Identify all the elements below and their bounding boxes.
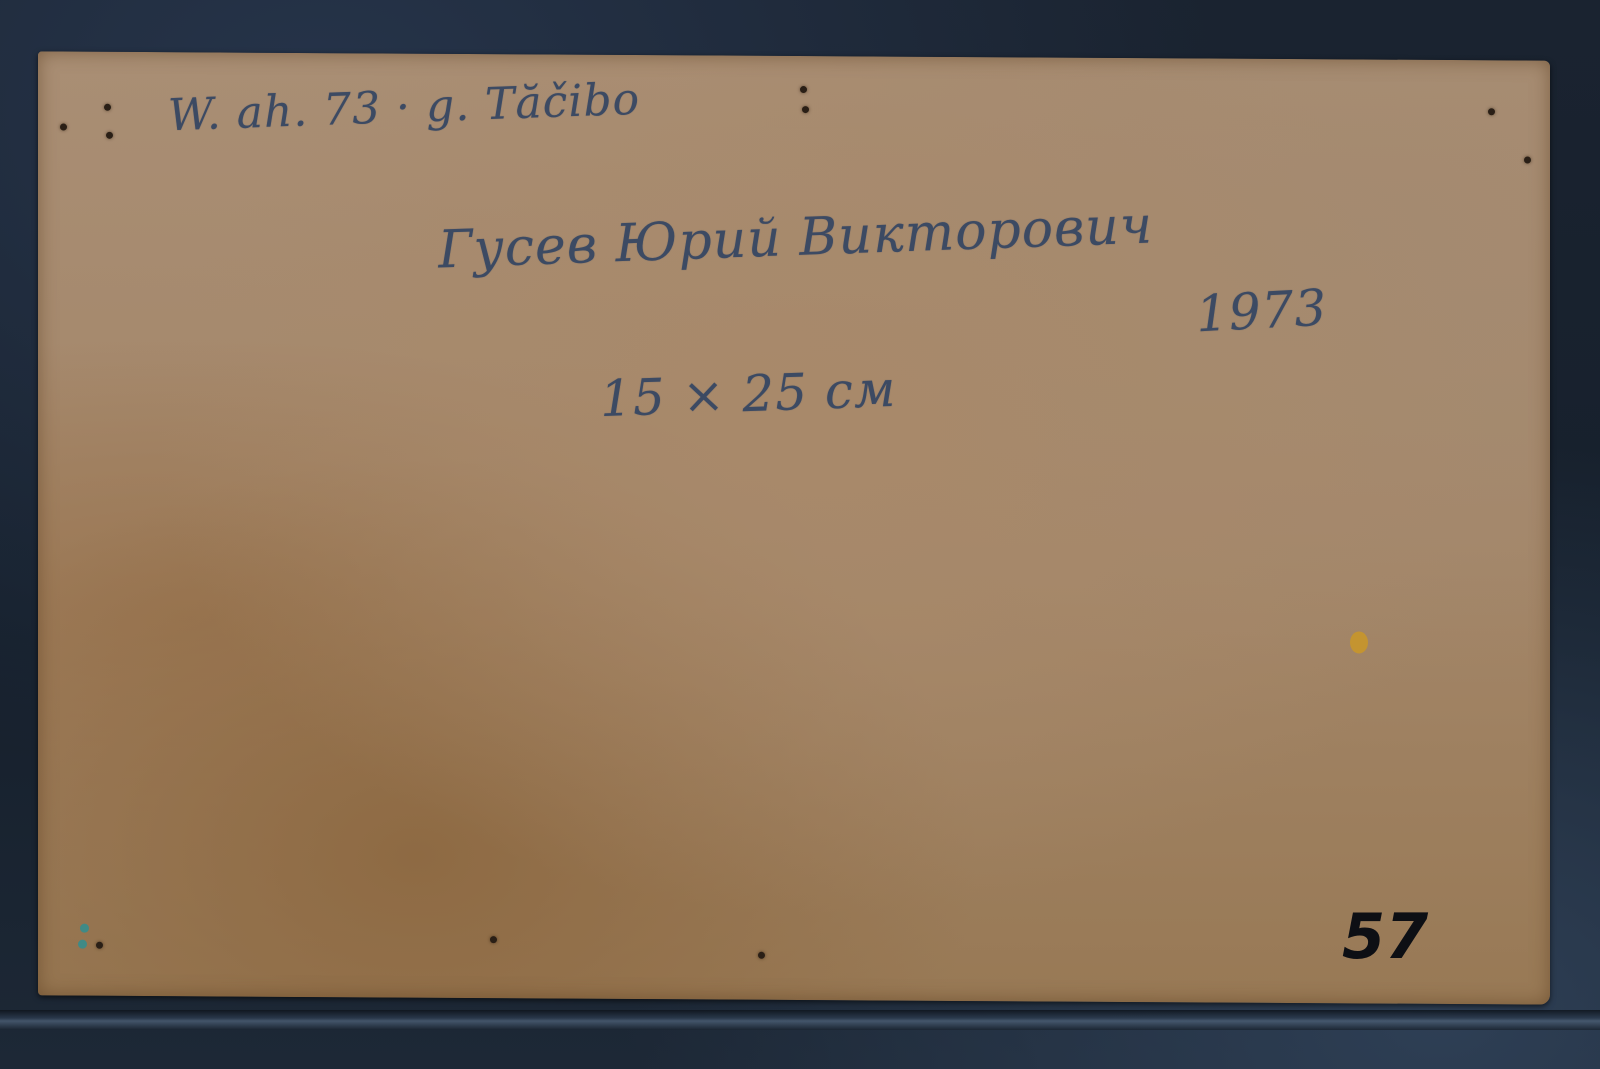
yellow-stain xyxy=(1350,631,1368,653)
nail-hole xyxy=(1524,156,1531,163)
nail-hole xyxy=(802,106,809,113)
nail-hole xyxy=(490,936,497,943)
paint-speck xyxy=(80,924,89,933)
paint-speck xyxy=(78,940,87,949)
nail-hole xyxy=(758,952,765,959)
inventory-number: 57 xyxy=(1342,900,1428,973)
nail-hole xyxy=(800,86,807,93)
painting-board-back xyxy=(38,51,1550,1004)
nail-hole xyxy=(96,942,103,949)
nail-hole xyxy=(106,132,113,139)
nail-hole xyxy=(60,124,67,131)
dimensions-inscription: 15 × 25 см xyxy=(599,360,897,428)
table-ledge xyxy=(0,1010,1600,1030)
nail-hole xyxy=(1488,108,1495,115)
year-inscription: 1973 xyxy=(1195,279,1329,344)
nail-hole xyxy=(104,104,111,111)
photo-scene: W. ah. 73 · g. Tăčibo Гусев Юрий Викторо… xyxy=(0,0,1600,1069)
